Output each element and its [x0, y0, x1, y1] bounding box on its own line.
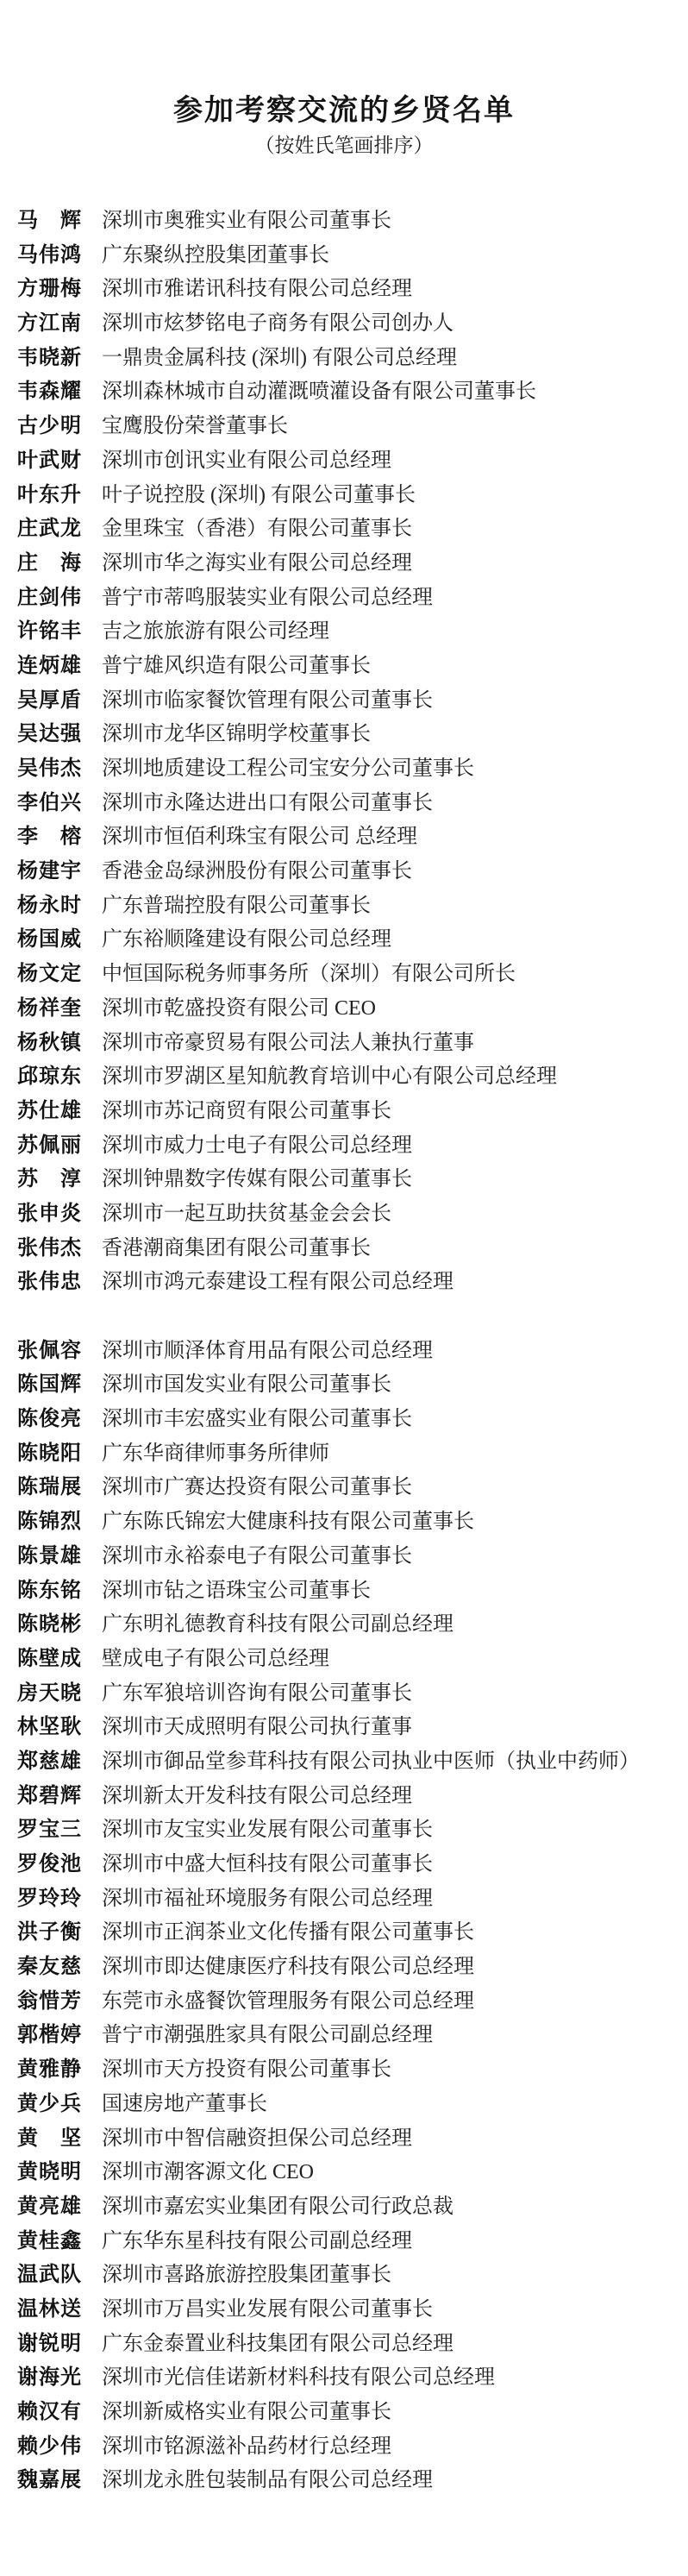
person-company-title: 深圳市罗湖区星知航教育培训中心有限公司总经理 — [102, 1060, 557, 1095]
list-item: 陈晓彬 广东明礼德教育科技有限公司副总经理 — [17, 1608, 672, 1643]
person-name: 罗玲玲 — [17, 1882, 81, 1917]
list-item: 庄剑伟 普宁市蒂鸣服装实业有限公司总经理 — [17, 581, 672, 616]
list-item: 陈锦烈 广东陈氏锦宏大健康科技有限公司董事长 — [17, 1505, 672, 1540]
person-name: 古少明 — [17, 410, 81, 444]
person-company-title: 壁成电子有限公司总经理 — [102, 1643, 329, 1677]
list-item: 李伯兴 深圳市永隆达进出口有限公司董事长 — [17, 787, 672, 821]
person-name: 赖汉有 — [17, 2396, 81, 2430]
person-name: 谢海光 — [17, 2361, 81, 2396]
list-item: 方珊梅 深圳市雅诺讯科技有限公司总经理 — [17, 273, 672, 307]
person-company-title: 深圳市创讯实业有限公司总经理 — [102, 444, 391, 479]
list-item: 张申炎 深圳市一起互助扶贫基金会会长 — [17, 1197, 672, 1232]
person-company-title: 广东聚纵控股集团董事长 — [102, 239, 329, 273]
person-name: 赖少伟 — [17, 2430, 81, 2465]
person-name: 陈景雄 — [17, 1540, 81, 1574]
person-name: 许铭丰 — [17, 615, 81, 650]
person-company-title: 深圳龙永胜包装制品有限公司总经理 — [102, 2464, 433, 2498]
person-company-title: 深圳市奥雅实业有限公司董事长 — [102, 204, 391, 239]
person-company-title: 深圳市华之海实业有限公司总经理 — [102, 547, 412, 581]
person-name: 杨建宇 — [17, 855, 81, 889]
list-item: 温林送 深圳市万昌实业发展有限公司董事长 — [17, 2293, 672, 2328]
list-item: 古少明 宝鹰股份荣誉董事长 — [17, 410, 672, 444]
person-company-title: 深圳市中盛大恒科技有限公司董事长 — [102, 1848, 433, 1882]
person-name: 魏嘉展 — [17, 2464, 81, 2498]
person-name: 郑慈雄 — [17, 1745, 81, 1780]
person-company-title: 深圳市铭源滋补品药材行总经理 — [102, 2430, 391, 2465]
list-item: 李 榕 深圳市恒佰利珠宝有限公司 总经理 — [17, 820, 672, 855]
person-company-title: 深圳新太开发科技有限公司总经理 — [102, 1780, 412, 1814]
list-item: 张伟杰 香港潮商集团有限公司董事长 — [17, 1232, 672, 1266]
person-name: 陈俊亮 — [17, 1403, 81, 1437]
list-item: 邱琼东 深圳市罗湖区星知航教育培训中心有限公司总经理 — [17, 1060, 672, 1095]
person-name: 庄剑伟 — [17, 581, 81, 616]
person-name: 陈瑞展 — [17, 1471, 81, 1505]
person-name: 张伟忠 — [17, 1266, 81, 1300]
person-name: 黄少兵 — [17, 2088, 81, 2122]
person-name: 庄武龙 — [17, 512, 81, 547]
person-name: 苏 淳 — [17, 1163, 81, 1197]
list-item: 杨建宇 香港金岛绿洲股份有限公司董事长 — [17, 855, 672, 889]
person-name: 苏仕雄 — [17, 1095, 81, 1129]
name-list: 马 辉 深圳市奥雅实业有限公司董事长 马伟鸿 广东聚纵控股集团董事长 方珊梅 深… — [17, 204, 672, 2498]
person-company-title: 深圳市帝豪贸易有限公司法人兼执行董事 — [102, 1027, 474, 1061]
person-name: 张申炎 — [17, 1197, 81, 1232]
person-company-title: 一鼎贵金属科技 (深圳) 有限公司总经理 — [102, 342, 457, 376]
list-item: 张伟忠 深圳市鸿元泰建设工程有限公司总经理 — [17, 1266, 672, 1300]
list-item: 谢海光 深圳市光信佳诺新材料科技有限公司总经理 — [17, 2361, 672, 2396]
list-item: 庄 海 深圳市华之海实业有限公司总经理 — [17, 547, 672, 581]
list-item: 林坚耿 深圳市天成照明有限公司执行董事 — [17, 1711, 672, 1745]
person-company-title: 广东金泰置业科技集团有限公司总经理 — [102, 2328, 453, 2362]
person-name: 黄雅静 — [17, 2053, 81, 2088]
person-name: 翁惜芳 — [17, 1985, 81, 2020]
list-item: 陈瑞展 深圳市广赛达投资有限公司董事长 — [17, 1471, 672, 1505]
person-name: 洪子衡 — [17, 1916, 81, 1951]
list-item: 黄桂鑫 广东华东星科技有限公司副总经理 — [17, 2225, 672, 2259]
person-name: 叶东升 — [17, 479, 81, 513]
person-company-title: 深圳市炫梦铭电子商务有限公司创办人 — [102, 307, 453, 342]
person-company-title: 深圳市嘉宏实业集团有限公司行政总裁 — [102, 2190, 453, 2225]
person-name: 吴厚盾 — [17, 684, 81, 719]
person-name: 李 榕 — [17, 820, 81, 855]
list-item: 房天晓 广东军狼培训咨询有限公司董事长 — [17, 1677, 672, 1712]
person-name: 郭楷婷 — [17, 2019, 81, 2053]
person-name: 房天晓 — [17, 1677, 81, 1712]
person-company-title: 深圳市广赛达投资有限公司董事长 — [102, 1471, 412, 1505]
list-item: 叶东升 叶子说控股 (深圳) 有限公司董事长 — [17, 479, 672, 513]
list-item: 吴厚盾 深圳市临家餐饮管理有限公司董事长 — [17, 684, 672, 719]
list-item: 郑碧辉 深圳新太开发科技有限公司总经理 — [17, 1780, 672, 1814]
person-company-title: 深圳市喜路旅游控股集团董事长 — [102, 2259, 391, 2293]
person-name: 陈国辉 — [17, 1368, 81, 1403]
person-company-title: 中恒国际税务师事务所（深圳）有限公司所长 — [102, 958, 516, 992]
person-name: 黄 坚 — [17, 2122, 81, 2157]
person-company-title: 国速房地产董事长 — [102, 2088, 267, 2122]
person-name: 张伟杰 — [17, 1232, 81, 1266]
person-company-title: 深圳新威格实业有限公司董事长 — [102, 2396, 391, 2430]
person-name: 杨文定 — [17, 958, 81, 992]
person-company-title: 普宁市蒂鸣服装实业有限公司总经理 — [102, 581, 433, 616]
person-name: 吴达强 — [17, 718, 81, 752]
person-company-title: 广东普瑞控股有限公司董事长 — [102, 889, 371, 924]
list-item: 秦友慈 深圳市即达健康医疗科技有限公司总经理 — [17, 1951, 672, 1985]
list-item: 杨秋镇 深圳市帝豪贸易有限公司法人兼执行董事 — [17, 1027, 672, 1061]
person-company-title: 深圳市国发实业有限公司董事长 — [102, 1368, 391, 1403]
person-name: 谢锐明 — [17, 2328, 81, 2362]
person-company-title: 金里珠宝（香港）有限公司董事长 — [102, 512, 412, 547]
person-name: 方珊梅 — [17, 273, 81, 307]
person-company-title: 深圳市临家餐饮管理有限公司董事长 — [102, 684, 433, 719]
person-name: 陈晓阳 — [17, 1437, 81, 1472]
person-company-title: 深圳市丰宏盛实业有限公司董事长 — [102, 1403, 412, 1437]
person-name: 杨永时 — [17, 889, 81, 924]
person-name: 林坚耿 — [17, 1711, 81, 1745]
person-name: 陈壁成 — [17, 1643, 81, 1677]
page-title: 参加考察交流的乡贤名单 — [0, 86, 688, 129]
list-item: 洪子衡 深圳市正润茶业文化传播有限公司董事长 — [17, 1916, 672, 1951]
person-name: 吴伟杰 — [17, 752, 81, 787]
list-item: 陈壁成 壁成电子有限公司总经理 — [17, 1643, 672, 1677]
person-company-title: 深圳市天成照明有限公司执行董事 — [102, 1711, 412, 1745]
list-item: 韦晓新 一鼎贵金属科技 (深圳) 有限公司总经理 — [17, 342, 672, 376]
list-item: 黄少兵 国速房地产董事长 — [17, 2088, 672, 2122]
list-item: 郑慈雄 深圳市御品堂参茸科技有限公司执业中医师（执业中药师） — [17, 1745, 672, 1780]
person-name: 苏佩丽 — [17, 1129, 81, 1164]
person-company-title: 深圳市钻之语珠宝公司董事长 — [102, 1574, 371, 1609]
person-company-title: 深圳钟鼎数字传媒有限公司董事长 — [102, 1163, 412, 1197]
list-item: 谢锐明 广东金泰置业科技集团有限公司总经理 — [17, 2328, 672, 2362]
person-company-title: 深圳市雅诺讯科技有限公司总经理 — [102, 273, 412, 307]
person-company-title: 深圳市万昌实业发展有限公司董事长 — [102, 2293, 433, 2328]
list-item: 陈俊亮 深圳市丰宏盛实业有限公司董事长 — [17, 1403, 672, 1437]
list-item: 苏仕雄 深圳市苏记商贸有限公司董事长 — [17, 1095, 672, 1129]
person-name: 方江南 — [17, 307, 81, 342]
list-item: 张佩容 深圳市顺泽体育用品有限公司总经理 — [17, 1335, 672, 1369]
list-item: 翁惜芳 东莞市永盛餐饮管理服务有限公司总经理 — [17, 1985, 672, 2020]
list-item: 杨祥奎 深圳市乾盛投资有限公司 CEO — [17, 992, 672, 1027]
person-company-title: 深圳市永裕泰电子有限公司董事长 — [102, 1540, 412, 1574]
list-item: 叶武财 深圳市创讯实业有限公司总经理 — [17, 444, 672, 479]
list-item: 罗俊池 深圳市中盛大恒科技有限公司董事长 — [17, 1848, 672, 1882]
list-item: 连炳雄 普宁雄风织造有限公司董事长 — [17, 650, 672, 684]
person-company-title: 深圳市即达健康医疗科技有限公司总经理 — [102, 1951, 474, 1985]
list-item: 马 辉 深圳市奥雅实业有限公司董事长 — [17, 204, 672, 239]
person-company-title: 深圳市御品堂参茸科技有限公司执业中医师（执业中药师） — [102, 1745, 640, 1780]
person-name: 叶武财 — [17, 444, 81, 479]
person-name: 罗宝三 — [17, 1813, 81, 1848]
list-item: 杨文定 中恒国际税务师事务所（深圳）有限公司所长 — [17, 958, 672, 992]
person-company-title: 广东华东星科技有限公司副总经理 — [102, 2225, 412, 2259]
person-name: 韦晓新 — [17, 342, 81, 376]
list-item: 郭楷婷 普宁市潮强胜家具有限公司副总经理 — [17, 2019, 672, 2053]
person-company-title: 叶子说控股 (深圳) 有限公司董事长 — [102, 479, 416, 513]
list-item: 罗玲玲 深圳市福祉环境服务有限公司总经理 — [17, 1882, 672, 1917]
person-name: 连炳雄 — [17, 650, 81, 684]
person-name: 黄桂鑫 — [17, 2225, 81, 2259]
person-company-title: 广东明礼德教育科技有限公司副总经理 — [102, 1608, 453, 1643]
person-name: 李伯兴 — [17, 787, 81, 821]
list-item: 苏佩丽 深圳市威力士电子有限公司总经理 — [17, 1129, 672, 1164]
page-subtitle: （按姓氏笔画排序） — [0, 129, 688, 158]
person-name: 杨祥奎 — [17, 992, 81, 1027]
person-company-title: 深圳市恒佰利珠宝有限公司 总经理 — [102, 820, 417, 855]
person-company-title: 深圳市鸿元泰建设工程有限公司总经理 — [102, 1266, 453, 1300]
person-name: 韦森耀 — [17, 375, 81, 410]
person-company-title: 深圳市正润茶业文化传播有限公司董事长 — [102, 1916, 474, 1951]
list-item: 赖汉有 深圳新威格实业有限公司董事长 — [17, 2396, 672, 2430]
person-company-title: 深圳市一起互助扶贫基金会会长 — [102, 1197, 391, 1232]
person-company-title: 深圳市顺泽体育用品有限公司总经理 — [102, 1335, 433, 1369]
person-name: 郑碧辉 — [17, 1780, 81, 1814]
person-company-title: 东莞市永盛餐饮管理服务有限公司总经理 — [102, 1985, 474, 2020]
person-name: 邱琼东 — [17, 1060, 81, 1095]
person-name: 张佩容 — [17, 1335, 81, 1369]
person-company-title: 深圳市天方投资有限公司董事长 — [102, 2053, 391, 2088]
list-item: 温武队 深圳市喜路旅游控股集团董事长 — [17, 2259, 672, 2293]
person-company-title: 香港潮商集团有限公司董事长 — [102, 1232, 371, 1266]
person-name: 马伟鸿 — [17, 239, 81, 273]
list-item: 黄雅静 深圳市天方投资有限公司董事长 — [17, 2053, 672, 2088]
list-item: 杨国威 广东裕顺隆建设有限公司总经理 — [17, 923, 672, 958]
list-item: 罗宝三 深圳市友宝实业发展有限公司董事长 — [17, 1813, 672, 1848]
person-company-title: 深圳市苏记商贸有限公司董事长 — [102, 1095, 391, 1129]
list-item: 吴达强 深圳市龙华区锦明学校董事长 — [17, 718, 672, 752]
list-item: 赖少伟 深圳市铭源滋补品药材行总经理 — [17, 2430, 672, 2465]
list-item: 马伟鸿 广东聚纵控股集团董事长 — [17, 239, 672, 273]
list-item: 陈晓阳 广东华商律师事务所律师 — [17, 1437, 672, 1472]
person-company-title: 深圳市光信佳诺新材料科技有限公司总经理 — [102, 2361, 495, 2396]
list-spacer — [17, 1300, 672, 1335]
person-company-title: 广东陈氏锦宏大健康科技有限公司董事长 — [102, 1505, 474, 1540]
person-company-title: 吉之旅旅游有限公司经理 — [102, 615, 329, 650]
person-company-title: 深圳市中智信融资担保公司总经理 — [102, 2122, 412, 2157]
person-name: 温林送 — [17, 2293, 81, 2328]
person-name: 陈锦烈 — [17, 1505, 81, 1540]
person-company-title: 普宁市潮强胜家具有限公司副总经理 — [102, 2019, 433, 2053]
list-item: 方江南 深圳市炫梦铭电子商务有限公司创办人 — [17, 307, 672, 342]
list-item: 杨永时 广东普瑞控股有限公司董事长 — [17, 889, 672, 924]
list-item: 陈国辉 深圳市国发实业有限公司董事长 — [17, 1368, 672, 1403]
list-item: 黄晓明 深圳市潮客源文化 CEO — [17, 2156, 672, 2190]
person-company-title: 深圳市永隆达进出口有限公司董事长 — [102, 787, 433, 821]
person-company-title: 深圳市威力士电子有限公司总经理 — [102, 1129, 412, 1164]
person-company-title: 广东华商律师事务所律师 — [102, 1437, 329, 1472]
person-name: 黄亮雄 — [17, 2190, 81, 2225]
person-company-title: 深圳市潮客源文化 CEO — [102, 2156, 314, 2190]
document-page: 参加考察交流的乡贤名单 （按姓氏笔画排序） 马 辉 深圳市奥雅实业有限公司董事长… — [0, 0, 688, 2576]
person-name: 马 辉 — [17, 204, 81, 239]
person-company-title: 深圳市福祉环境服务有限公司总经理 — [102, 1882, 433, 1917]
person-name: 黄晓明 — [17, 2156, 81, 2190]
person-company-title: 深圳市友宝实业发展有限公司董事长 — [102, 1813, 433, 1848]
person-company-title: 深圳地质建设工程公司宝安分公司董事长 — [102, 752, 474, 787]
list-item: 庄武龙 金里珠宝（香港）有限公司董事长 — [17, 512, 672, 547]
person-name: 杨国威 — [17, 923, 81, 958]
list-item: 黄亮雄 深圳市嘉宏实业集团有限公司行政总裁 — [17, 2190, 672, 2225]
person-name: 陈晓彬 — [17, 1608, 81, 1643]
list-item: 魏嘉展 深圳龙永胜包装制品有限公司总经理 — [17, 2464, 672, 2498]
list-item: 吴伟杰 深圳地质建设工程公司宝安分公司董事长 — [17, 752, 672, 787]
list-item: 韦森耀 深圳森林城市自动灌溉喷灌设备有限公司董事长 — [17, 375, 672, 410]
list-item: 陈景雄 深圳市永裕泰电子有限公司董事长 — [17, 1540, 672, 1574]
person-company-title: 普宁雄风织造有限公司董事长 — [102, 650, 371, 684]
person-company-title: 深圳市龙华区锦明学校董事长 — [102, 718, 371, 752]
person-name: 庄 海 — [17, 547, 81, 581]
person-name: 陈东铭 — [17, 1574, 81, 1609]
person-company-title: 香港金岛绿洲股份有限公司董事长 — [102, 855, 412, 889]
person-name: 罗俊池 — [17, 1848, 81, 1882]
list-item: 许铭丰 吉之旅旅游有限公司经理 — [17, 615, 672, 650]
person-name: 杨秋镇 — [17, 1027, 81, 1061]
person-company-title: 广东军狼培训咨询有限公司董事长 — [102, 1677, 412, 1712]
list-item: 陈东铭 深圳市钻之语珠宝公司董事长 — [17, 1574, 672, 1609]
person-name: 秦友慈 — [17, 1951, 81, 1985]
person-company-title: 深圳森林城市自动灌溉喷灌设备有限公司董事长 — [102, 375, 536, 410]
list-item: 黄 坚 深圳市中智信融资担保公司总经理 — [17, 2122, 672, 2157]
person-company-title: 广东裕顺隆建设有限公司总经理 — [102, 923, 391, 958]
person-name: 温武队 — [17, 2259, 81, 2293]
person-company-title: 深圳市乾盛投资有限公司 CEO — [102, 992, 376, 1027]
person-company-title: 宝鹰股份荣誉董事长 — [102, 410, 288, 444]
list-item: 苏 淳 深圳钟鼎数字传媒有限公司董事长 — [17, 1163, 672, 1197]
